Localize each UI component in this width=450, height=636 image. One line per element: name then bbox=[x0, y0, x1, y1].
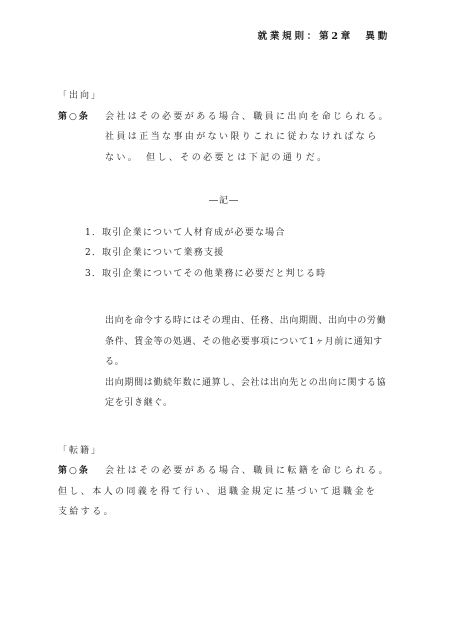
article-text-line: 会社はその必要がある場合、職員に出向を命じられる。 bbox=[105, 107, 390, 128]
notice-line: 出向を命令する時にはその理由、任務、出向期間、出向中の労働 bbox=[105, 311, 390, 332]
section-title-tenseki: 「転籍」 bbox=[58, 441, 390, 462]
article-text-line: 社員は正当な事由がない限りこれに従わなければなら bbox=[105, 127, 390, 148]
list-item: 3．取引企業についてその他業務に必要だと判じる時 bbox=[85, 264, 390, 285]
article-text-line: 支給する。 bbox=[58, 502, 390, 523]
article-tenseki: 第○条 会社はその必要がある場合、職員に転籍を命じられる。 bbox=[58, 461, 390, 482]
article-number-label: 第○条 bbox=[58, 461, 105, 482]
article-text-line: ない。 但し、その必要とは下記の通りだ。 bbox=[105, 148, 390, 169]
notice-line: 出向期間は勤続年数に通算し、会社は出向先との出向に関する協 bbox=[105, 373, 390, 394]
ki-divider: ―記― bbox=[58, 191, 390, 212]
notice-line: る。 bbox=[105, 352, 390, 373]
notice-line: 定を引き継ぐ。 bbox=[105, 393, 390, 414]
article-body: 会社はその必要がある場合、職員に出向を命じられる。 社員は正当な事由がない限りこ… bbox=[105, 107, 390, 169]
notice-paragraph: 出向を命令する時にはその理由、任務、出向期間、出向中の労働 条件、賃金等の処遇、… bbox=[105, 311, 390, 414]
article-text-line: 但し、本人の同義を得て行い、退職金規定に基づいて退職金を bbox=[58, 482, 390, 503]
list-item: 2．取引企業について業務支援 bbox=[85, 243, 390, 264]
article-text-line: 会社はその必要がある場合、職員に転籍を命じられる。 bbox=[105, 461, 390, 482]
article-number-label: 第○条 bbox=[58, 107, 105, 128]
notice-line: 条件、賃金等の処遇、その他必要事項について1ヶ月前に通知す bbox=[105, 332, 390, 353]
article-body: 会社はその必要がある場合、職員に転籍を命じられる。 bbox=[105, 461, 390, 482]
document-page: 就業規則：第2章 異動 「出向」 第○条 会社はその必要がある場合、職員に出向を… bbox=[0, 0, 450, 636]
list-item: 1．取引企業について人材育成が必要な場合 bbox=[85, 223, 390, 244]
section-title-shukko: 「出向」 bbox=[58, 86, 390, 107]
document-header-title: 就業規則：第2章 異動 bbox=[58, 30, 390, 44]
condition-list: 1．取引企業について人材育成が必要な場合 2．取引企業について業務支援 3．取引… bbox=[85, 223, 390, 285]
article-shukko: 第○条 会社はその必要がある場合、職員に出向を命じられる。 社員は正当な事由がな… bbox=[58, 107, 390, 169]
